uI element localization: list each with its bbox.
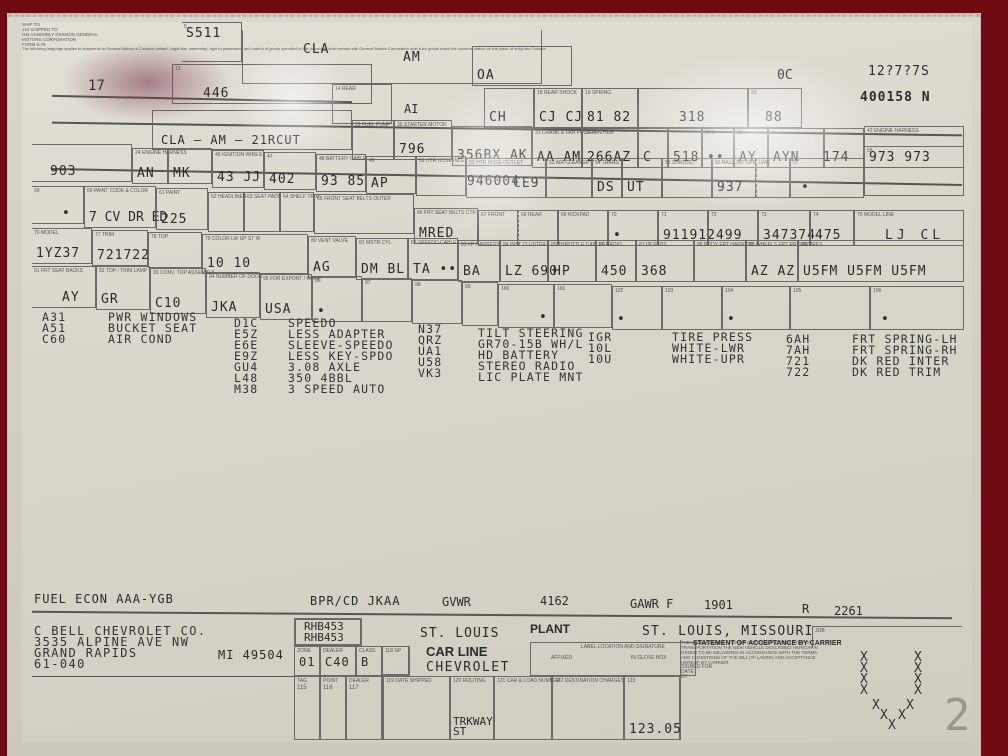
dealer-code: 61-040 [34, 659, 207, 670]
cell-row4-trans: 54 TRANSDS [592, 158, 622, 198]
carrier-title: STATEMENT OF ACCEPTANCE BY CARRIER [693, 640, 842, 647]
cell-row7-102: 102• [612, 286, 662, 330]
dest-charges-cell: 122 DESTINATION CHARGES [552, 676, 624, 740]
cell-row4-903: 903 [32, 144, 132, 182]
car-line-value: CHEVROLET [426, 660, 510, 675]
options-col1-desc: PWR WINDOWSBUCKET SEATAIR COND [108, 312, 197, 345]
cell-row6-throttle: 85 THROTTLE CABLESHP [548, 240, 596, 282]
cell-row6-color: 79 COLOR LW UP ST W10 10 [202, 234, 308, 274]
options-col2: D1CE5ZE6EE9ZGU4L48M38 [234, 318, 258, 395]
dealer-state-zip: MI 49504 [218, 648, 284, 662]
cell-row5-shelf-trim: 64 SHELF TRIM [280, 192, 314, 232]
cell-row7-104: 104• [722, 286, 790, 330]
cell-row1-oa: OA [472, 46, 572, 86]
cell-row6-tires: 90 TIRESU5FM U5FM U5FM [798, 240, 964, 282]
carrier-block: STATEMENT OF ACCEPTANCE BY CARRIER THE U… [680, 640, 812, 740]
plant-label: PLANT [530, 622, 570, 636]
cell-row6-radio: 86 RADIO450 [596, 240, 636, 282]
glare [232, 42, 352, 162]
cell-row6-speedo-cable: 82 SPEEDO CABLETA •• [408, 238, 458, 280]
options-col5: 6AH7AH721722 [786, 334, 810, 378]
gvwr-label: GVWR [442, 595, 471, 609]
cell-row7-101: 101 [554, 284, 612, 328]
cell-row6-wheels: 89 WHEELS FRT RR SPRAZ AZ [746, 240, 798, 282]
gawr-r-label: R [802, 602, 809, 616]
cell-row7-export: 95 FOR EXPORT / ROOFUSA [260, 274, 312, 320]
build-sheet: 5S511 CLAAM OA 0C 12?7?7S 17 13446 14 RE… [22, 22, 972, 742]
cell-row7-100: 100• [498, 284, 554, 328]
charge-cell: 123123.05 [624, 676, 680, 740]
x-mark: X [880, 710, 888, 721]
bpr-cd: BPR/CD JKAA [310, 594, 400, 608]
options-col3: N37QRZUA1U58VK3 [418, 324, 442, 379]
point-cell: POINT116 [320, 676, 346, 740]
tag-cell: TAG115 [294, 676, 320, 740]
cell-row4-engine-harness: 24 ENGINE HARNESSAN [132, 148, 168, 184]
car-line-label: CAR LINE [426, 644, 487, 659]
label-location-cell: LABEL LOCATION AND SIGNATURE AFFIXED IN … [530, 642, 696, 676]
x-mark: X [888, 720, 896, 731]
cell-row5-seat-pads: 63 SEAT PADS [244, 192, 280, 232]
cell-row7-frt-seat-backs: 91 FRT SEAT BACKSAY [32, 266, 96, 308]
options-col4-desc: TIRE PRESSWHITE-LWRWHITE-UPR [672, 332, 753, 365]
routing-cell: 120 ROUTINGTRKWAY ST [450, 676, 494, 740]
options-col4: IGR10L10U [588, 332, 612, 365]
cell-row7-106: 106• [870, 286, 964, 330]
car-load-cell: 121 CAR & LOAD NUMBER [494, 676, 552, 740]
zone-cell: ZONE01 [294, 646, 320, 676]
cell-row7-trim-lamp: 92 TOP / TRIM LAMPGR [96, 266, 150, 310]
cell-row4-mk: MK [168, 148, 212, 184]
by-label: BY [681, 675, 812, 680]
cell-row7-105: 105 [790, 286, 870, 330]
options-col2-desc: SPEEDOLESS ADAPTERSLEEVE-SPEEDOLESS KEY-… [288, 318, 394, 395]
x-mark: X [898, 710, 906, 721]
cell-row6-inst-cluster: 84 INST CLUSTERLZ 690 [500, 240, 548, 282]
cell-row5-paint-code: 60 PAINT CODE & COLOR7 CV DR ED [84, 186, 156, 228]
cell-row5-59: 59• [32, 186, 84, 224]
cell-row7-doors: 94 NUMBER OF DOORJKA [206, 272, 260, 318]
dealer-code-cell: DEALERC40 [320, 646, 356, 676]
cell-row7-97: 97 [362, 278, 412, 322]
x-mark: X [872, 700, 880, 711]
dealer-address: C BELL CHEVROLET CO. 3535 ALPINE AVE NW … [34, 626, 207, 670]
cell-row4-49: 49AP [366, 156, 416, 194]
cell-row6-trim: 77 TRIM721722 [92, 230, 148, 266]
ship-city: ST. LOUIS [420, 626, 499, 641]
cell-row6-ip-harness: 83 I/P HARNESSBA [458, 240, 500, 282]
cell-row7-99: 99 [462, 282, 498, 326]
glare [622, 52, 882, 212]
glare [422, 82, 562, 242]
options-col1: A31A51C60 [42, 312, 66, 345]
cell-row5-front-seat-belts: 65 FRONT SEAT BELTS OUTER [314, 194, 414, 234]
gawr-f-label: GAWR F [630, 597, 673, 611]
cell-row7-103: 103 [662, 286, 722, 330]
page-number: 2 [944, 690, 971, 741]
cell-row6-body-harness: 88 BODY FRT HARNESS [694, 240, 746, 282]
class-cell: CLASSB [356, 646, 382, 676]
plant-division: GM ASSEMBLY DIVISION GENERAL MOTORS CORP… [22, 32, 102, 42]
x-marks-right: XXXX [914, 652, 922, 696]
x-marks-left: XXXX [860, 652, 868, 696]
date-shipped-cell: 119 DATE SHIPPED [382, 676, 450, 740]
gawr-f-value: 1901 [704, 598, 733, 612]
cell-row6-mstr-cyl: 81 MSTR CYLDM BL [356, 238, 408, 280]
cell-row2-ai: AI [404, 102, 418, 116]
cell-row6-model: 76 MODEL1YZ37 [32, 228, 92, 264]
options-col5-desc: FRT SPRING-LHFRT SPRING-RHDK RED INTERDK… [852, 334, 958, 378]
fuel-econ: FUEL ECON AAA-YGB [34, 592, 174, 606]
cell-row5-headliner: 62 HEADLINER [208, 192, 244, 232]
plant-location: ST. LOUIS, MISSOURI [642, 624, 814, 639]
cell-row5-paint: 61 PAINT225 [156, 188, 208, 230]
cell-row6-vent-valve: 80 VENT VALVEAG [308, 236, 356, 278]
dealer2-cell: DEALER117 [346, 676, 382, 740]
cell-row6-top: 78 TOP [148, 232, 202, 268]
gvwr-value: 4162 [540, 594, 569, 608]
rhb-box: RHB453 RHB453 [294, 618, 362, 646]
glare [62, 42, 232, 122]
cell-row6-ip-pads: 87 I/P PADS368 [636, 240, 694, 282]
cell-row7-98: 98 [412, 280, 462, 324]
cell-row7-conv-top: 93 CONV. TOP ASSEMBLYC10 [150, 268, 206, 314]
sp-cell: 118 SP [382, 646, 410, 676]
options-col3-desc: TILT STEERINGGR70-15B WH/LHD BATTERYSTER… [478, 328, 584, 383]
x-mark: X [906, 700, 914, 711]
